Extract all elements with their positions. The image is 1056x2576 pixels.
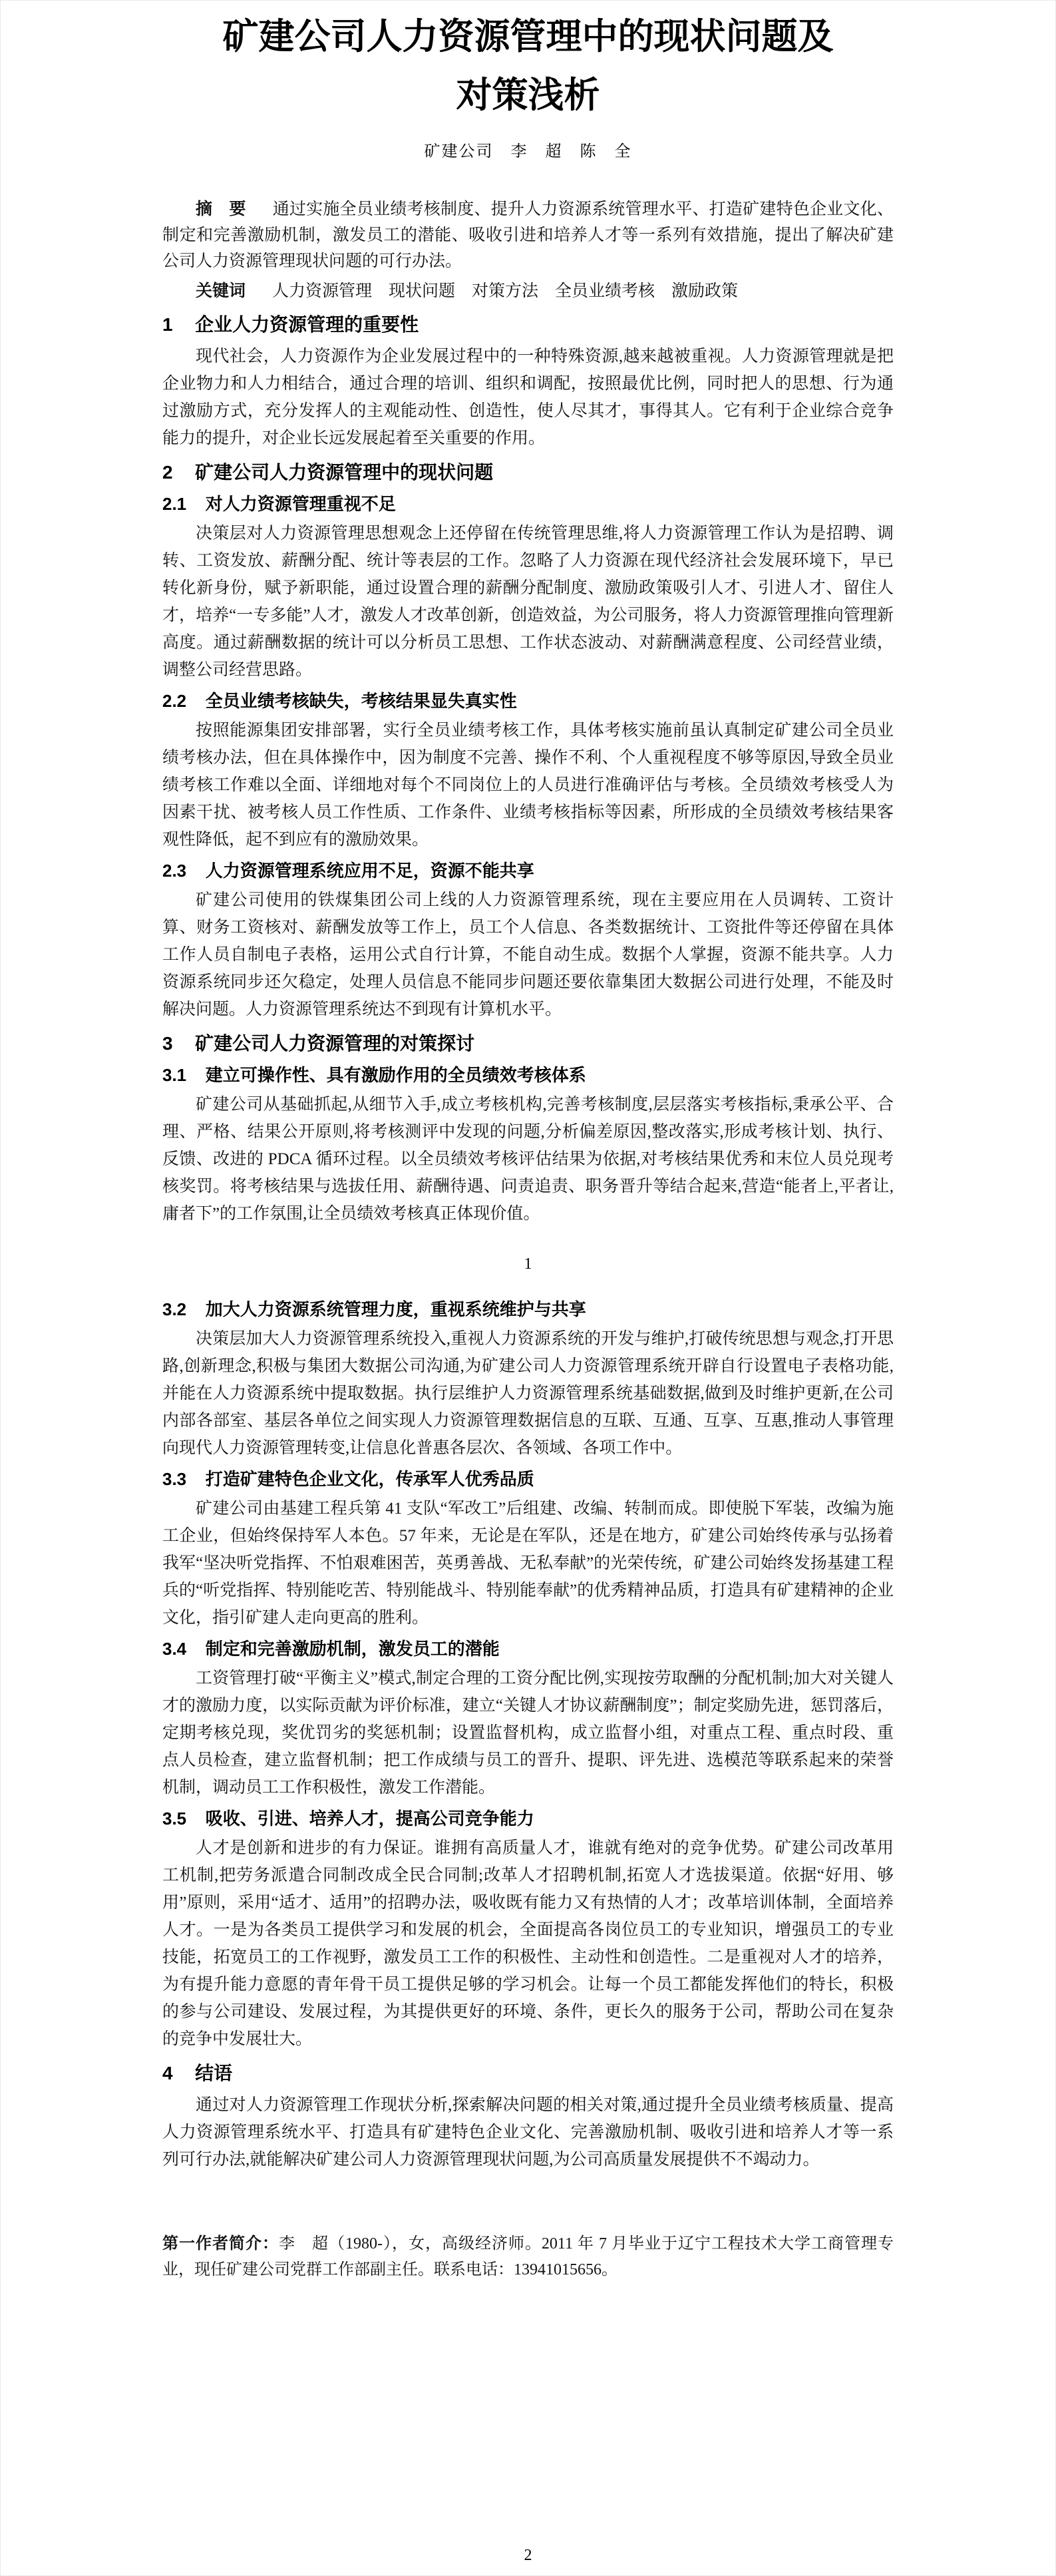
- section-paragraph: 通过对人力资源管理工作现状分析,探索解决问题的相关对策,通过提升全员业绩考核质量…: [162, 2091, 894, 2173]
- section-paragraph: 决策层加大人力资源管理系统投入,重视人力资源系统的开发与维护,打破传统思想与观念…: [162, 1325, 894, 1462]
- authors-line: 矿建公司 李 超 陈 全: [162, 140, 894, 163]
- section-title: 吸收、引进、培养人才，提高公司竞争能力: [206, 1809, 534, 1828]
- section-heading-3-3: 3.3打造矿建特色企业文化，传承军人优秀品质: [162, 1466, 894, 1492]
- section-paragraph: 矿建公司从基础抓起,从细节入手,成立考核机构,完善考核制度,层层落实考核指标,秉…: [162, 1091, 894, 1227]
- document-title-line2: 对策浅析: [162, 66, 894, 124]
- section-heading-2-1: 2.1对人力资源管理重视不足: [162, 491, 894, 517]
- section-number: 2.1: [162, 494, 186, 514]
- section-number: 1: [162, 314, 173, 335]
- section-title: 矿建公司人力资源管理的对策探讨: [195, 1033, 474, 1054]
- section-paragraph: 现代社会，人力资源作为企业发展过程中的一种特殊资源,越来越被重视。人力资源管理就…: [162, 343, 894, 452]
- keywords-text: 人力资源管理 现状问题 对策方法 全员业绩考核 激励政策: [272, 282, 738, 300]
- section-number: 3.2: [162, 1299, 186, 1319]
- section-heading-2: 2矿建公司人力资源管理中的现状问题: [162, 459, 894, 487]
- section-paragraph: 矿建公司由基建工程兵第 41 支队“军改工”后组建、改编、转制而成。即使脱下军装…: [162, 1495, 894, 1631]
- section-paragraph: 决策层对人力资源管理思想观念上还停留在传统管理思维,将人力资源管理工作认为是招聘…: [162, 520, 894, 684]
- page-number-2: 2: [1, 2547, 1055, 2565]
- section-title: 建立可操作性、具有激励作用的全员绩效考核体系: [206, 1065, 586, 1085]
- abstract-text: 通过实施全员业绩考核制度、提升人力资源系统管理水平、打造矿建特色企业文化、制定和…: [162, 200, 894, 270]
- section-heading-2-2: 2.2全员业绩考核缺失，考核结果显失真实性: [162, 688, 894, 714]
- section-heading-3-5: 3.5吸收、引进、培养人才，提高公司竞争能力: [162, 1805, 894, 1832]
- section-heading-3: 3矿建公司人力资源管理的对策探讨: [162, 1030, 894, 1058]
- section-heading-2-3: 2.3人力资源管理系统应用不足，资源不能共享: [162, 857, 894, 884]
- abstract-paragraph: 摘 要通过实施全员业绩考核制度、提升人力资源系统管理水平、打造矿建特色企业文化、…: [162, 196, 894, 274]
- section-number: 3: [162, 1033, 173, 1054]
- abstract-label: 摘 要: [196, 200, 246, 218]
- section-heading-3-2: 3.2加大人力资源系统管理力度，重视系统维护与共享: [162, 1296, 894, 1323]
- section-title: 人力资源管理系统应用不足，资源不能共享: [206, 861, 534, 881]
- section-heading-4: 4结语: [162, 2059, 894, 2087]
- section-paragraph: 矿建公司使用的铁煤集团公司上线的人力资源管理系统，现在主要应用在人员调转、工资计…: [162, 887, 894, 1023]
- section-title: 加大人力资源系统管理力度，重视系统维护与共享: [206, 1299, 586, 1319]
- document-page-1: 矿建公司人力资源管理中的现状问题及 对策浅析 矿建公司 李 超 陈 全 摘 要通…: [1, 1, 1055, 1285]
- section-title: 企业人力资源管理的重要性: [195, 314, 419, 335]
- section-number: 2: [162, 462, 173, 483]
- section-heading-3-1: 3.1建立可操作性、具有激励作用的全员绩效考核体系: [162, 1062, 894, 1088]
- section-title: 对人力资源管理重视不足: [206, 494, 396, 514]
- section-title: 矿建公司人力资源管理中的现状问题: [195, 462, 493, 483]
- document-title-line1: 矿建公司人力资源管理中的现状问题及: [162, 7, 894, 66]
- section-number: 3.4: [162, 1639, 186, 1659]
- section-number: 3.3: [162, 1469, 186, 1489]
- section-paragraph: 按照能源集团安排部署，实行全员业绩考核工作，具体考核实施前虽认真制定矿建公司全员…: [162, 717, 894, 853]
- author-bio-label: 第一作者简介：: [162, 2235, 279, 2253]
- section-heading-1: 1企业人力资源管理的重要性: [162, 311, 894, 339]
- keywords-label: 关键词: [196, 282, 246, 300]
- section-number: 2.3: [162, 861, 186, 881]
- document-title: 矿建公司人力资源管理中的现状问题及 对策浅析: [162, 1, 894, 124]
- section-heading-3-4: 3.4制定和完善激励机制，激发员工的潜能: [162, 1635, 894, 1662]
- section-number: 3.5: [162, 1809, 186, 1828]
- section-number: 2.2: [162, 691, 186, 711]
- document-page-2: 3.2加大人力资源系统管理力度，重视系统维护与共享 决策层加大人力资源管理系统投…: [1, 1285, 1055, 2575]
- section-paragraph: 工资管理打破“平衡主义”模式,制定合理的工资分配比例,实现按劳取酬的分配机制;加…: [162, 1665, 894, 1801]
- author-bio: 第一作者简介：李 超（1980-），女，高级经济师。2011 年 7 月毕业于辽…: [162, 2231, 894, 2283]
- section-paragraph: 人才是创新和进步的有力保证。谁拥有高质量人才，谁就有绝对的竞争优势。矿建公司改革…: [162, 1834, 894, 2053]
- keywords-line: 关键词人力资源管理 现状问题 对策方法 全员业绩考核 激励政策: [162, 278, 894, 304]
- section-title: 制定和完善激励机制，激发员工的潜能: [206, 1639, 500, 1659]
- section-title: 全员业绩考核缺失，考核结果显失真实性: [206, 691, 517, 711]
- page-number-1: 1: [1, 1255, 1055, 1273]
- section-title: 打造矿建特色企业文化，传承军人优秀品质: [206, 1469, 534, 1489]
- section-number: 3.1: [162, 1065, 186, 1085]
- section-title: 结语: [195, 2063, 232, 2083]
- section-number: 4: [162, 2063, 173, 2083]
